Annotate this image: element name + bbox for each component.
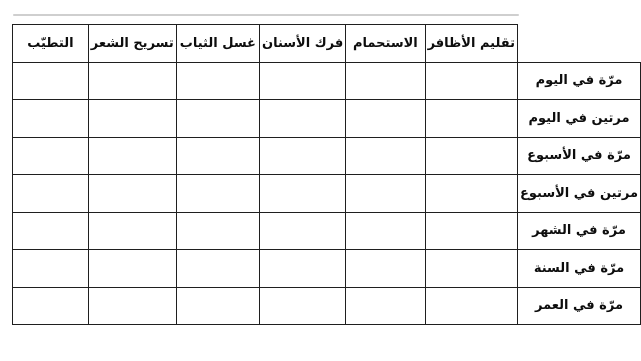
data-cell[interactable] — [88, 100, 176, 138]
data-cell[interactable] — [88, 62, 176, 100]
hygiene-frequency-table: تقليم الأظافر الاستحمام فرك الأسنان غسل … — [12, 24, 641, 325]
table-row: مرتين في اليوم — [13, 100, 641, 138]
row-label: مرّة في اليوم — [518, 62, 641, 100]
table-row: مرّة في العمر — [13, 287, 641, 325]
data-cell[interactable] — [88, 175, 176, 213]
data-cell[interactable] — [259, 137, 345, 175]
corner-empty-cell — [518, 25, 641, 63]
data-cell[interactable] — [13, 287, 89, 325]
column-header-nail-trimming: تقليم الأظافر — [425, 25, 517, 63]
data-cell[interactable] — [425, 100, 517, 138]
column-header-hair-combing: تسريح الشعر — [88, 25, 176, 63]
data-cell[interactable] — [176, 175, 259, 213]
row-label: مرّة في الشهر — [518, 212, 641, 250]
data-cell[interactable] — [259, 287, 345, 325]
header-row: تقليم الأظافر الاستحمام فرك الأسنان غسل … — [13, 25, 641, 63]
data-cell[interactable] — [346, 212, 425, 250]
data-cell[interactable] — [346, 100, 425, 138]
data-cell[interactable] — [88, 137, 176, 175]
data-cell[interactable] — [259, 100, 345, 138]
column-header-teeth-brushing: فرك الأسنان — [259, 25, 345, 63]
column-header-clothes-washing: غسل الثياب — [176, 25, 259, 63]
data-cell[interactable] — [13, 100, 89, 138]
data-cell[interactable] — [425, 137, 517, 175]
data-cell[interactable] — [176, 212, 259, 250]
table-row: مرّة في الشهر — [13, 212, 641, 250]
row-label: مرتين في اليوم — [518, 100, 641, 138]
table-row: مرتين في الأسبوع — [13, 175, 641, 213]
data-cell[interactable] — [425, 175, 517, 213]
cropped-top-line — [13, 14, 519, 16]
row-label: مرّة في العمر — [518, 287, 641, 325]
data-cell[interactable] — [259, 175, 345, 213]
data-cell[interactable] — [176, 100, 259, 138]
data-cell[interactable] — [88, 287, 176, 325]
data-cell[interactable] — [176, 287, 259, 325]
table-row: مرّة في السنة — [13, 250, 641, 288]
worksheet-page: تقليم الأظافر الاستحمام فرك الأسنان غسل … — [0, 0, 641, 361]
table-row: مرّة في الأسبوع — [13, 137, 641, 175]
data-cell[interactable] — [13, 62, 89, 100]
data-cell[interactable] — [259, 250, 345, 288]
data-cell[interactable] — [259, 212, 345, 250]
data-cell[interactable] — [13, 175, 89, 213]
row-label: مرّة في السنة — [518, 250, 641, 288]
data-cell[interactable] — [176, 62, 259, 100]
data-cell[interactable] — [425, 287, 517, 325]
data-cell[interactable] — [13, 250, 89, 288]
data-cell[interactable] — [176, 137, 259, 175]
data-cell[interactable] — [259, 62, 345, 100]
data-cell[interactable] — [346, 137, 425, 175]
data-cell[interactable] — [88, 250, 176, 288]
data-cell[interactable] — [176, 250, 259, 288]
data-cell[interactable] — [346, 287, 425, 325]
data-cell[interactable] — [425, 250, 517, 288]
row-label: مرتين في الأسبوع — [518, 175, 641, 213]
column-header-bathing: الاستحمام — [346, 25, 425, 63]
data-cell[interactable] — [346, 250, 425, 288]
row-label: مرّة في الأسبوع — [518, 137, 641, 175]
data-cell[interactable] — [13, 137, 89, 175]
column-header-perfuming: التطيّب — [13, 25, 89, 63]
data-cell[interactable] — [13, 212, 89, 250]
data-cell[interactable] — [346, 62, 425, 100]
table-row: مرّة في اليوم — [13, 62, 641, 100]
data-cell[interactable] — [425, 62, 517, 100]
data-cell[interactable] — [88, 212, 176, 250]
data-cell[interactable] — [346, 175, 425, 213]
data-cell[interactable] — [425, 212, 517, 250]
